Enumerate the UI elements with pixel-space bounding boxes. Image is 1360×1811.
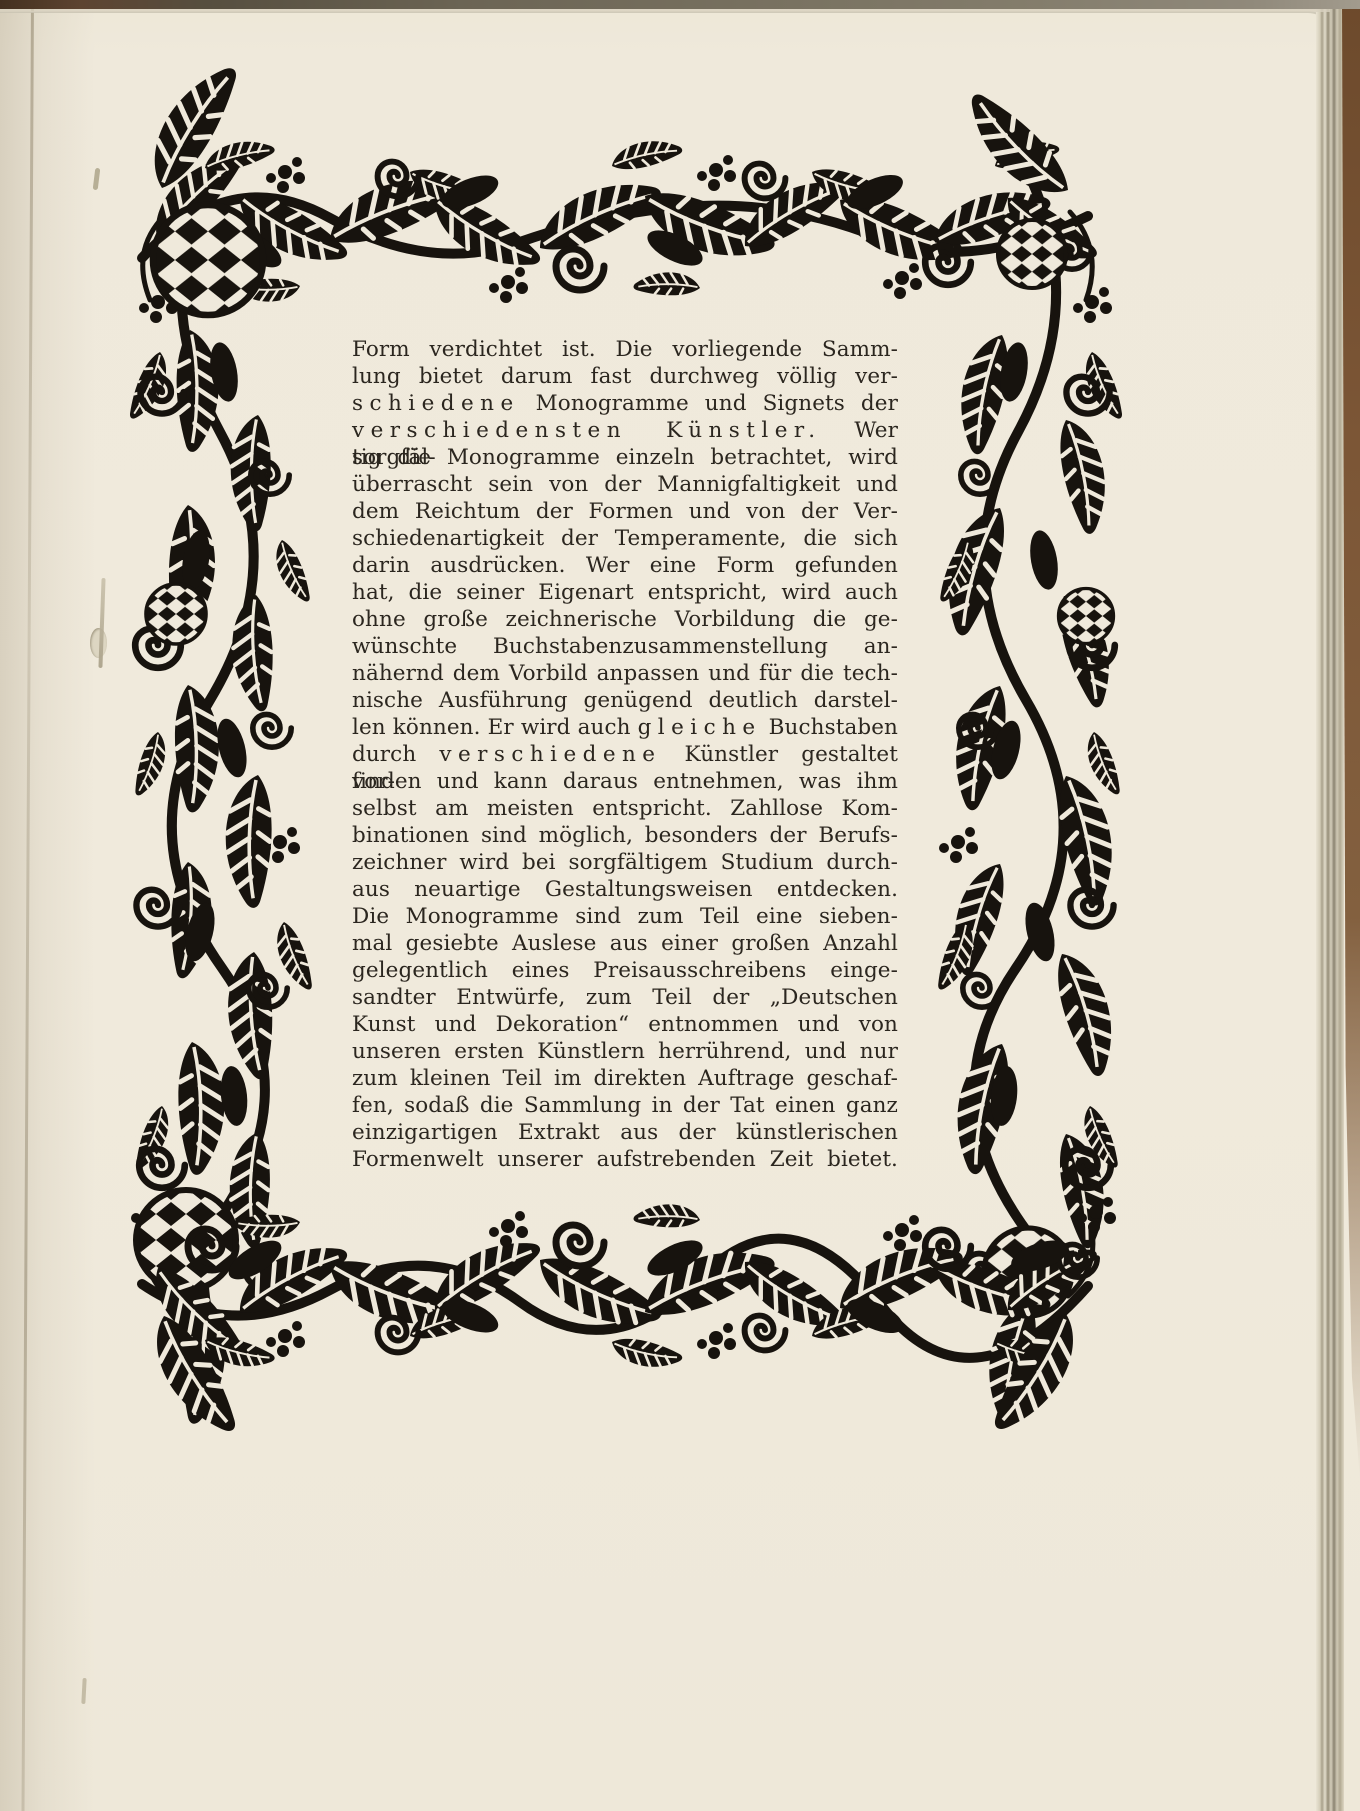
letterspaced-emphasis: gleiche — [638, 715, 762, 740]
text-segment: tig die Monogramme einzeln betrachtet, w… — [352, 445, 898, 470]
text-line: aus neuartige Gestaltungsweisen entdecke… — [352, 876, 898, 903]
text-segment: Kunst und Dekoration“ entnommen und von — [352, 1012, 898, 1037]
text-line: lung bietet darum fast durchweg völlig v… — [352, 363, 898, 390]
text-line: schiedenartigkeit der Temperamente, die … — [352, 525, 898, 552]
text-line: ohne große zeichnerische Vorbildung die … — [352, 606, 898, 633]
text-line: binationen sind möglich, besonders der B… — [352, 822, 898, 849]
text-segment: hat, die seiner Eigenart entspricht, wir… — [352, 580, 898, 605]
text-segment: len können. Er wird auch — [352, 715, 638, 740]
text-line: len können. Er wird auch gleiche Buchsta… — [352, 714, 898, 741]
text-segment: dem Reichtum der Formen und von der Ver- — [352, 499, 898, 524]
text-line: durch verschiedene Künstler gestaltet vo… — [352, 741, 898, 768]
text-line: zeichner wird bei sorgfältigem Studium d… — [352, 849, 898, 876]
text-line: gelegentlich eines Preisausschreibens ei… — [352, 957, 898, 984]
letterspaced-emphasis: verschiedene — [439, 742, 661, 767]
text-segment: wünschte Buchstabenzusammenstellung an- — [352, 634, 898, 659]
text-segment: sandter Entwürfe, zum Teil der „Deutsche… — [352, 985, 898, 1010]
text-segment: darin ausdrücken. Wer eine Form gefunden — [352, 553, 898, 578]
text-segment: Form verdichtet ist. Die vorliegende Sam… — [352, 337, 898, 362]
letterspaced-emphasis: verschiedensten Künstler. — [352, 418, 822, 443]
text-segment: überrascht sein von der Mannigfaltigkeit… — [352, 472, 898, 497]
text-line: mal gesiebte Auslese aus einer großen An… — [352, 930, 898, 957]
underlying-page-edge — [0, 11, 1334, 133]
text-segment: lung bietet darum fast durchweg völlig v… — [352, 364, 898, 389]
text-segment: schiedenartigkeit der Temperamente, die … — [352, 526, 898, 551]
text-segment: finden und kann daraus entnehmen, was ih… — [352, 769, 898, 794]
text-line: unseren ersten Künstlern herrührend, und… — [352, 1038, 898, 1065]
binding-stitch-thread — [98, 578, 105, 668]
body-text: Form verdichtet ist. Die vorliegende Sam… — [352, 336, 898, 1173]
text-line: Formenwelt unserer aufstrebenden Zeit bi… — [352, 1146, 898, 1173]
text-segment: durch — [352, 742, 439, 767]
border-right — [928, 220, 1132, 1423]
page-edge-top-highlight — [0, 9, 1330, 12]
text-line: Die Monogramme sind zum Teil eine sieben… — [352, 903, 898, 930]
text-segment: zeichner wird bei sorgfältigem Studium d… — [352, 850, 898, 875]
book-page: Form verdichtet ist. Die vorliegende Sam… — [0, 0, 1360, 1811]
letterspaced-emphasis: schiedene — [352, 391, 520, 416]
text-line: nische Ausführung genügend deutlich dars… — [352, 687, 898, 714]
text-segment: nähernd dem Vorbild anpassen und für die… — [352, 661, 898, 686]
text-line: dem Reichtum der Formen und von der Ver- — [352, 498, 898, 525]
text-segment: binationen sind möglich, besonders der B… — [352, 823, 898, 848]
text-line: tig die Monogramme einzeln betrachtet, w… — [352, 444, 898, 471]
text-line: Kunst und Dekoration“ entnommen und von — [352, 1011, 898, 1038]
text-segment: Die Monogramme sind zum Teil eine sieben… — [352, 904, 898, 929]
text-line: zum kleinen Teil im direkten Auftrage ge… — [352, 1065, 898, 1092]
text-line: einzigartigen Extrakt aus der künstleris… — [352, 1119, 898, 1146]
text-segment: ohne große zeichnerische Vorbildung die … — [352, 607, 898, 632]
border-bottom — [134, 1201, 1105, 1443]
text-segment: unseren ersten Künstlern herrührend, und… — [352, 1039, 898, 1064]
text-segment: gelegentlich eines Preisausschreibens ei… — [352, 958, 898, 983]
text-line: nähernd dem Vorbild anpassen und für die… — [352, 660, 898, 687]
text-line: finden und kann daraus entnehmen, was ih… — [352, 768, 898, 795]
text-line: darin ausdrücken. Wer eine Form gefunden — [352, 552, 898, 579]
book-gutter-shade — [0, 0, 95, 1811]
text-segment: mal gesiebte Auslese aus einer großen An… — [352, 931, 898, 956]
page-edge-top — [0, 0, 1360, 9]
text-segment: fen, sodaß die Sammlung in der Tat einen… — [352, 1093, 898, 1118]
cover-edge-brown — [1342, 0, 1360, 1480]
text-segment: Monogramme und Signets der — [520, 391, 898, 416]
text-segment: Formenwelt unserer aufstrebenden Zeit bi… — [352, 1147, 898, 1172]
text-segment: einzigartigen Extrakt aus der künstleris… — [352, 1120, 898, 1145]
border-left — [120, 205, 322, 1427]
text-line: sandter Entwürfe, zum Teil der „Deutsche… — [352, 984, 898, 1011]
text-segment: Buchstaben — [762, 715, 898, 740]
text-line: schiedene Monogramme und Signets der — [352, 390, 898, 417]
text-line: hat, die seiner Eigenart entspricht, wir… — [352, 579, 898, 606]
text-line: überrascht sein von der Mannigfaltigkeit… — [352, 471, 898, 498]
text-segment: nische Ausführung genügend deutlich dars… — [352, 688, 898, 713]
text-line: selbst am meisten entspricht. Zahllose K… — [352, 795, 898, 822]
text-line: wünschte Buchstabenzusammenstellung an- — [352, 633, 898, 660]
page-stack-edge — [1316, 0, 1344, 1811]
text-segment: selbst am meisten entspricht. Zahllose K… — [352, 796, 898, 821]
text-segment: aus neuartige Gestaltungsweisen entdecke… — [352, 877, 898, 902]
text-line: Form verdichtet ist. Die vorliegende Sam… — [352, 336, 898, 363]
text-line: verschiedensten Künstler. Wer sorgfäl- — [352, 417, 898, 444]
text-segment: zum kleinen Teil im direkten Auftrage ge… — [352, 1066, 898, 1091]
text-line: fen, sodaß die Sammlung in der Tat einen… — [352, 1092, 898, 1119]
